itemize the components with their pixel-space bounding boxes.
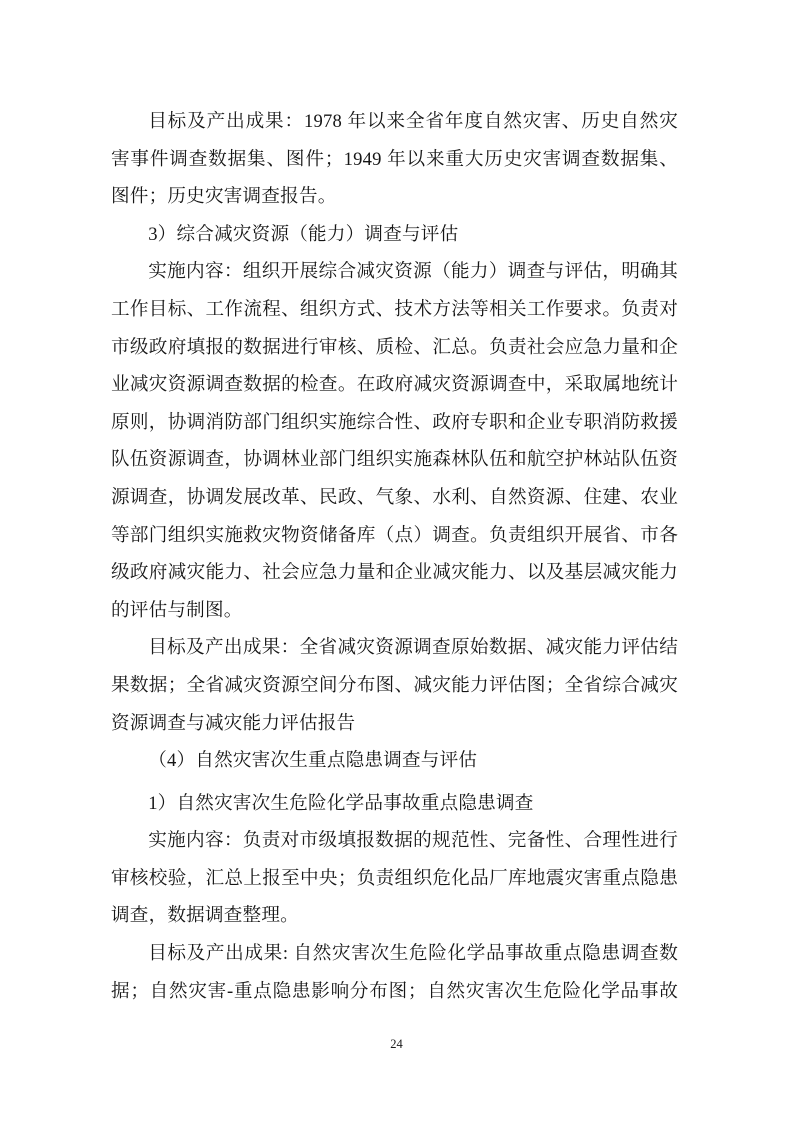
text-line: 目标及产出成果: 自然灾害次生危险化学品事故重点隐患调查数	[111, 935, 678, 973]
text-line: 实施内容：负责对市级填报数据的规范性、完备性、合理性进行	[111, 822, 678, 860]
text-line: 目标及产出成果：全省减灾资源调查原始数据、减灾能力评估结	[111, 629, 678, 667]
text-line: 队伍资源调查，协调林业部门组织实施森林队伍和航空护林站队伍资	[111, 441, 678, 479]
text-line: 据；自然灾害-重点隐患影响分布图；自然灾害次生危险化学品事故	[111, 973, 678, 1011]
text-line: 市级政府填报的数据进行审核、质检、汇总。负责社会应急力量和企	[111, 329, 678, 367]
text-line: 级政府减灾能力、社会应急力量和企业减灾能力、以及基层减灾能力	[111, 554, 678, 592]
text-line: 原则，协调消防部门组织实施综合性、政府专职和企业专职消防救援	[111, 404, 678, 442]
text-line: 审核校验，汇总上报至中央；负责组织危化品厂库地震灾害重点隐患	[111, 860, 678, 898]
text-line: 的评估与制图。	[111, 592, 678, 630]
page-number: 24	[0, 1037, 793, 1052]
text-line: 工作目标、工作流程、组织方式、技术方法等相关工作要求。负责对	[111, 291, 678, 329]
text-line: （4）自然灾害次生重点隐患调查与评估	[111, 742, 678, 780]
text-line: 果数据；全省减灾资源空间分布图、减灾能力评估图；全省综合减灾	[111, 667, 678, 705]
text-line: 业减灾资源调查数据的检查。在政府减灾资源调查中，采取属地统计	[111, 366, 678, 404]
text-line: 3）综合减灾资源（能力）调查与评估	[111, 216, 678, 254]
text-line: 资源调查与减灾能力评估报告	[111, 705, 678, 743]
text-line: 1）自然灾害次生危险化学品事故重点隐患调查	[111, 785, 678, 823]
text-line: 调查，数据调查整理。	[111, 897, 678, 935]
text-block: 目标及产出成果：1978 年以来全省年度自然灾害、历史自然灾害事件调查数据集、图…	[111, 103, 678, 1010]
document-page: 目标及产出成果：1978 年以来全省年度自然灾害、历史自然灾害事件调查数据集、图…	[0, 0, 793, 1122]
text-line: 目标及产出成果：1978 年以来全省年度自然灾害、历史自然灾	[111, 103, 678, 141]
text-line: 图件；历史灾害调查报告。	[111, 178, 678, 216]
text-line: 实施内容：组织开展综合减灾资源（能力）调查与评估，明确其	[111, 253, 678, 291]
text-line: 害事件调查数据集、图件；1949 年以来重大历史灾害调查数据集、	[111, 141, 678, 179]
text-line: 等部门组织实施救灾物资储备库（点）调查。负责组织开展省、市各	[111, 517, 678, 555]
text-line: 源调查，协调发展改革、民政、气象、水利、自然资源、住建、农业	[111, 479, 678, 517]
